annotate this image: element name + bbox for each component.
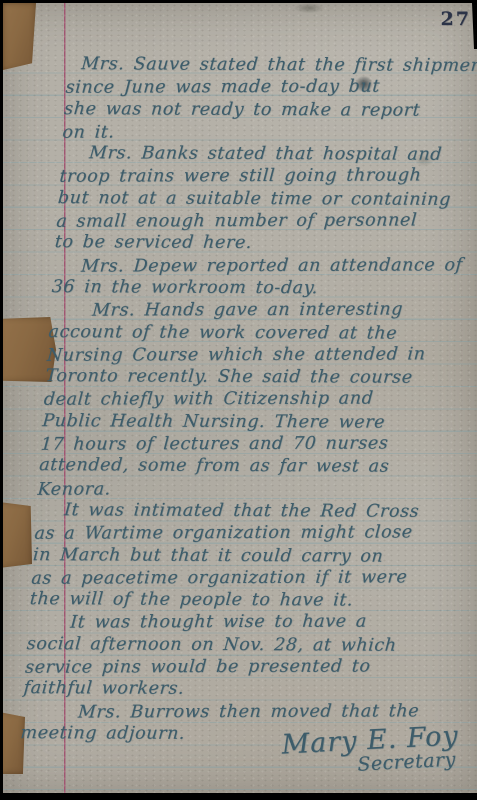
handwritten-line: as a Wartime organization might close	[34, 522, 443, 546]
handwritten-line: troop trains were still going through	[59, 165, 468, 189]
tape-patch	[3, 3, 36, 70]
handwritten-line: Mrs. Hands gave an interesting	[49, 299, 458, 323]
handwritten-line: she was not ready to make a report	[63, 98, 472, 122]
handwritten-line: dealt chiefly with Citizenship and	[43, 388, 452, 412]
document-page: 27 Mrs. Sauve stated that the first ship…	[3, 3, 477, 793]
handwritten-line: 17 hours of lectures and 70 nurses	[40, 432, 449, 456]
handwritten-line: service pins would be presented to	[24, 655, 433, 679]
handwritten-line: but not at a suitable time or containing	[57, 187, 466, 211]
corner-shadow	[472, 3, 477, 49]
signature-block: Mary E. Foy Secretary	[281, 720, 461, 779]
scanned-photo: 27 Mrs. Sauve stated that the first ship…	[0, 0, 477, 800]
page-number: 27	[441, 8, 471, 30]
handwritten-line: attended, some from as far west as	[38, 454, 447, 478]
handwritten-line: the will of the people to have it.	[29, 588, 438, 612]
handwritten-line: Mrs. Burrows then moved that the	[21, 700, 430, 724]
handwritten-line: faithful workers.	[23, 677, 432, 701]
handwritten-line: Mrs. Banks stated that hospital and	[60, 142, 469, 166]
handwritten-line: Kenora.	[37, 477, 446, 501]
handwritten-line: It was intimated that the Red Cross	[35, 499, 444, 523]
handwritten-line: It was thought wise to have a	[27, 611, 436, 635]
handwritten-line: in March but that it could carry on	[32, 544, 441, 568]
handwritten-line: Nursing Course which she attended in	[46, 343, 455, 367]
handwritten-line: Mrs. Depew reported an attendance of	[52, 254, 461, 278]
handwritten-line: to be serviced here.	[54, 231, 463, 255]
handwritten-line: on it.	[62, 120, 471, 144]
handwritten-line: 36 in the workroom to-day.	[51, 276, 460, 300]
tape-patch	[3, 502, 32, 568]
handwritten-line: since June was made to-day but	[65, 76, 474, 100]
handwritten-line: Mrs. Sauve stated that the first shipmen…	[66, 53, 475, 77]
handwritten-line: Toronto recently. She said the course	[45, 365, 454, 389]
handwritten-line: as a peacetime organization if it were	[31, 566, 440, 590]
smudge-stain	[289, 3, 329, 15]
handwritten-line: social afternoon on Nov. 28, at which	[26, 633, 435, 657]
handwritten-minutes: Mrs. Sauve stated that the first shipmen…	[20, 54, 475, 745]
handwritten-line: account of the work covered at the	[48, 321, 457, 345]
handwritten-line: a small enough number of personnel	[56, 209, 465, 233]
handwritten-line: Public Health Nursing. There were	[42, 410, 451, 434]
